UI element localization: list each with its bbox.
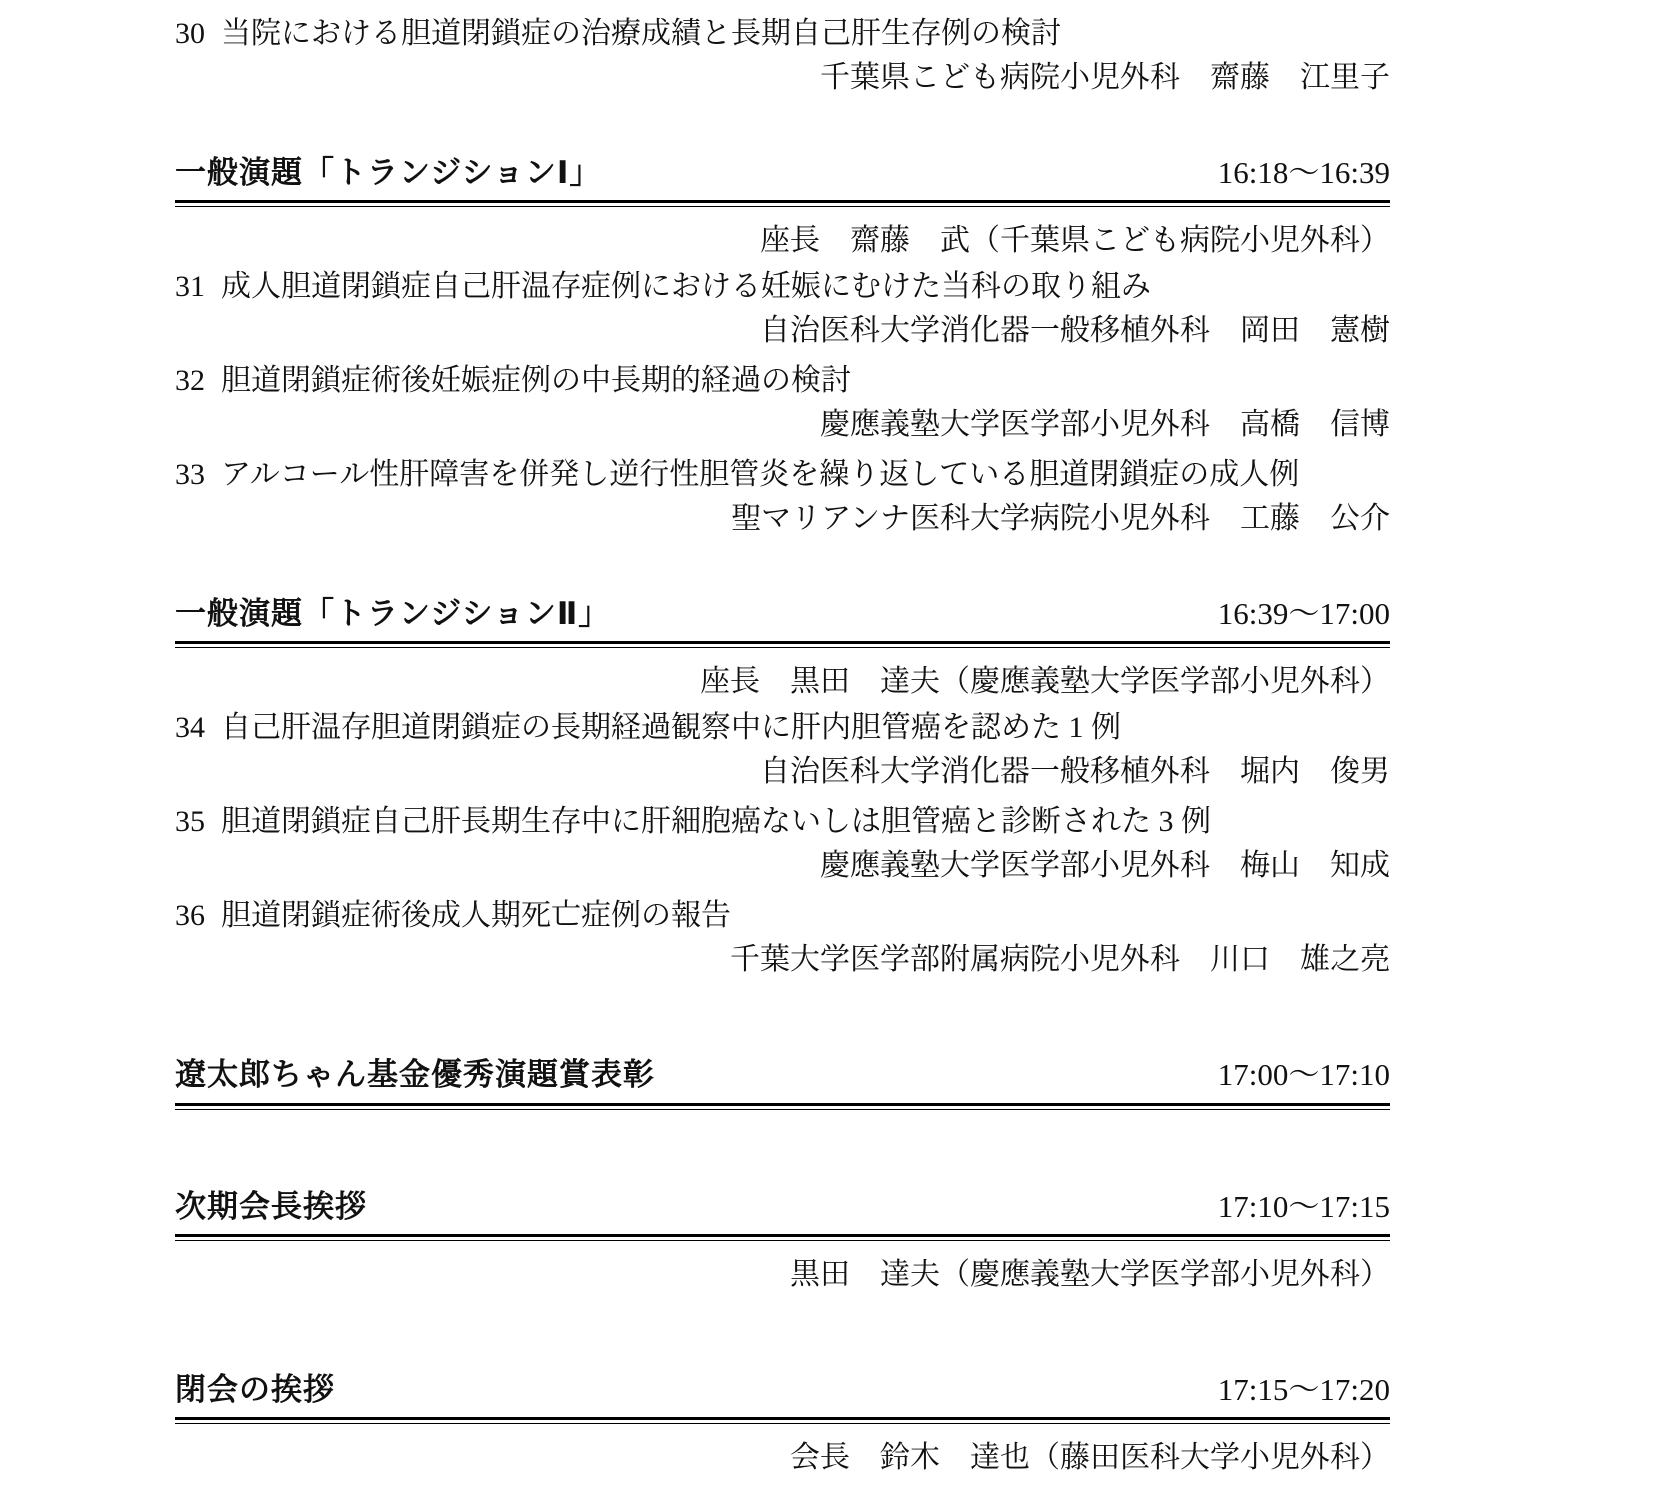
agenda-item-credit: 千葉県こども病院小児外科 齋藤 江里子 xyxy=(175,60,1390,96)
session-rule xyxy=(175,1234,1390,1241)
agenda-item-text: 胆道閉鎖症術後成人期死亡症例の報告 xyxy=(221,899,731,932)
agenda-item-credit: 聖マリアンナ医科大学病院小児外科 工藤 公介 xyxy=(175,501,1390,537)
agenda-item-number: 33 xyxy=(175,457,205,493)
agenda-item-number: 34 xyxy=(175,710,205,746)
session-transition-1: 一般演題「トランジションⅠ」 16:18〜16:39 座長 齋藤 武（千葉県こど… xyxy=(175,154,1390,537)
agenda-item-text: 当院における胆道閉鎖症の治療成績と長期自己肝生存例の検討 xyxy=(221,17,1061,50)
agenda-item-credit: 慶應義塾大学医学部小児外科 梅山 知成 xyxy=(175,848,1390,884)
session-header: 遼太郎ちゃん基金優秀演題賞表彰 17:00〜17:10 xyxy=(175,1056,1390,1102)
agenda-item-number: 36 xyxy=(175,898,205,934)
agenda-item-title: 30当院における胆道閉鎖症の治療成績と長期自己肝生存例の検討 xyxy=(175,16,1390,52)
session-closing-remarks: 閉会の挨拶 17:15〜17:20 会長 鈴木 達也（藤田医科大学小児外科） xyxy=(175,1371,1390,1476)
session-title: 次期会長挨拶 xyxy=(175,1188,367,1225)
agenda-item-number: 32 xyxy=(175,363,205,399)
session-time: 17:10〜17:15 xyxy=(1218,1188,1390,1225)
session-rule xyxy=(175,1103,1390,1110)
session-next-president-greeting: 次期会長挨拶 17:10〜17:15 黒田 達夫（慶應義塾大学医学部小児外科） xyxy=(175,1188,1390,1293)
agenda-item-credit: 千葉大学医学部附属病院小児外科 川口 雄之亮 xyxy=(175,942,1390,978)
agenda-item-credit: 自治医科大学消化器一般移植外科 堀内 俊男 xyxy=(175,754,1390,790)
session-header: 一般演題「トランジションⅡ」 16:39〜17:00 xyxy=(175,595,1390,641)
session-time: 17:15〜17:20 xyxy=(1218,1371,1390,1408)
session-title: 一般演題「トランジションⅠ」 xyxy=(175,154,601,191)
session-title: 閉会の挨拶 xyxy=(175,1371,335,1408)
agenda-item-text: 胆道閉鎖症自己肝長期生存中に肝細胞癌ないしは胆管癌と診断された 3 例 xyxy=(221,805,1211,838)
session-rule xyxy=(175,641,1390,648)
session-title: 一般演題「トランジションⅡ」 xyxy=(175,595,610,632)
session-header: 次期会長挨拶 17:10〜17:15 xyxy=(175,1188,1390,1234)
session-title: 遼太郎ちゃん基金優秀演題賞表彰 xyxy=(175,1056,655,1093)
session-time: 16:18〜16:39 xyxy=(1218,154,1390,191)
session-header: 閉会の挨拶 17:15〜17:20 xyxy=(175,1371,1390,1417)
session-award-ceremony: 遼太郎ちゃん基金優秀演題賞表彰 17:00〜17:10 xyxy=(175,1056,1390,1109)
session-chair: 座長 齋藤 武（千葉県こども病院小児外科） xyxy=(175,223,1390,259)
agenda-item-title: 33アルコール性肝障害を併発し逆行性胆管炎を繰り返している胆道閉鎖症の成人例 xyxy=(175,457,1390,493)
agenda-item-text: 自己肝温存胆道閉鎖症の長期経過観察中に肝内胆管癌を認めた 1 例 xyxy=(221,711,1121,744)
agenda-item-text: アルコール性肝障害を併発し逆行性胆管炎を繰り返している胆道閉鎖症の成人例 xyxy=(221,458,1299,491)
agenda-item-title: 31成人胆道閉鎖症自己肝温存症例における妊娠にむけた当科の取り組み xyxy=(175,269,1390,305)
session-chair: 座長 黒田 達夫（慶應義塾大学医学部小児外科） xyxy=(175,664,1390,700)
agenda-item-credit: 慶應義塾大学医学部小児外科 高橋 信博 xyxy=(175,407,1390,443)
agenda-item-title: 35胆道閉鎖症自己肝長期生存中に肝細胞癌ないしは胆管癌と診断された 3 例 xyxy=(175,804,1390,840)
session-time: 16:39〜17:00 xyxy=(1218,595,1390,632)
program-page: 30当院における胆道閉鎖症の治療成績と長期自己肝生存例の検討 千葉県こども病院小… xyxy=(175,0,1390,1476)
agenda-item-title: 32胆道閉鎖症術後妊娠症例の中長期的経過の検討 xyxy=(175,363,1390,399)
session-header: 一般演題「トランジションⅠ」 16:18〜16:39 xyxy=(175,154,1390,200)
agenda-item-text: 成人胆道閉鎖症自己肝温存症例における妊娠にむけた当科の取り組み xyxy=(221,270,1151,303)
session-speaker: 黒田 達夫（慶應義塾大学医学部小児外科） xyxy=(175,1257,1390,1293)
agenda-item-text: 胆道閉鎖症術後妊娠症例の中長期的経過の検討 xyxy=(221,364,851,397)
session-time: 17:00〜17:10 xyxy=(1218,1056,1390,1093)
session-rule xyxy=(175,200,1390,207)
agenda-item-title: 34自己肝温存胆道閉鎖症の長期経過観察中に肝内胆管癌を認めた 1 例 xyxy=(175,710,1390,746)
agenda-item-number: 30 xyxy=(175,16,205,52)
agenda-item-number: 31 xyxy=(175,269,205,305)
agenda-item-title: 36胆道閉鎖症術後成人期死亡症例の報告 xyxy=(175,898,1390,934)
session-speaker: 会長 鈴木 達也（藤田医科大学小児外科） xyxy=(175,1440,1390,1476)
session-transition-2: 一般演題「トランジションⅡ」 16:39〜17:00 座長 黒田 達夫（慶應義塾… xyxy=(175,595,1390,978)
agenda-item-credit: 自治医科大学消化器一般移植外科 岡田 憲樹 xyxy=(175,313,1390,349)
agenda-item-number: 35 xyxy=(175,804,205,840)
session-rule xyxy=(175,1417,1390,1424)
